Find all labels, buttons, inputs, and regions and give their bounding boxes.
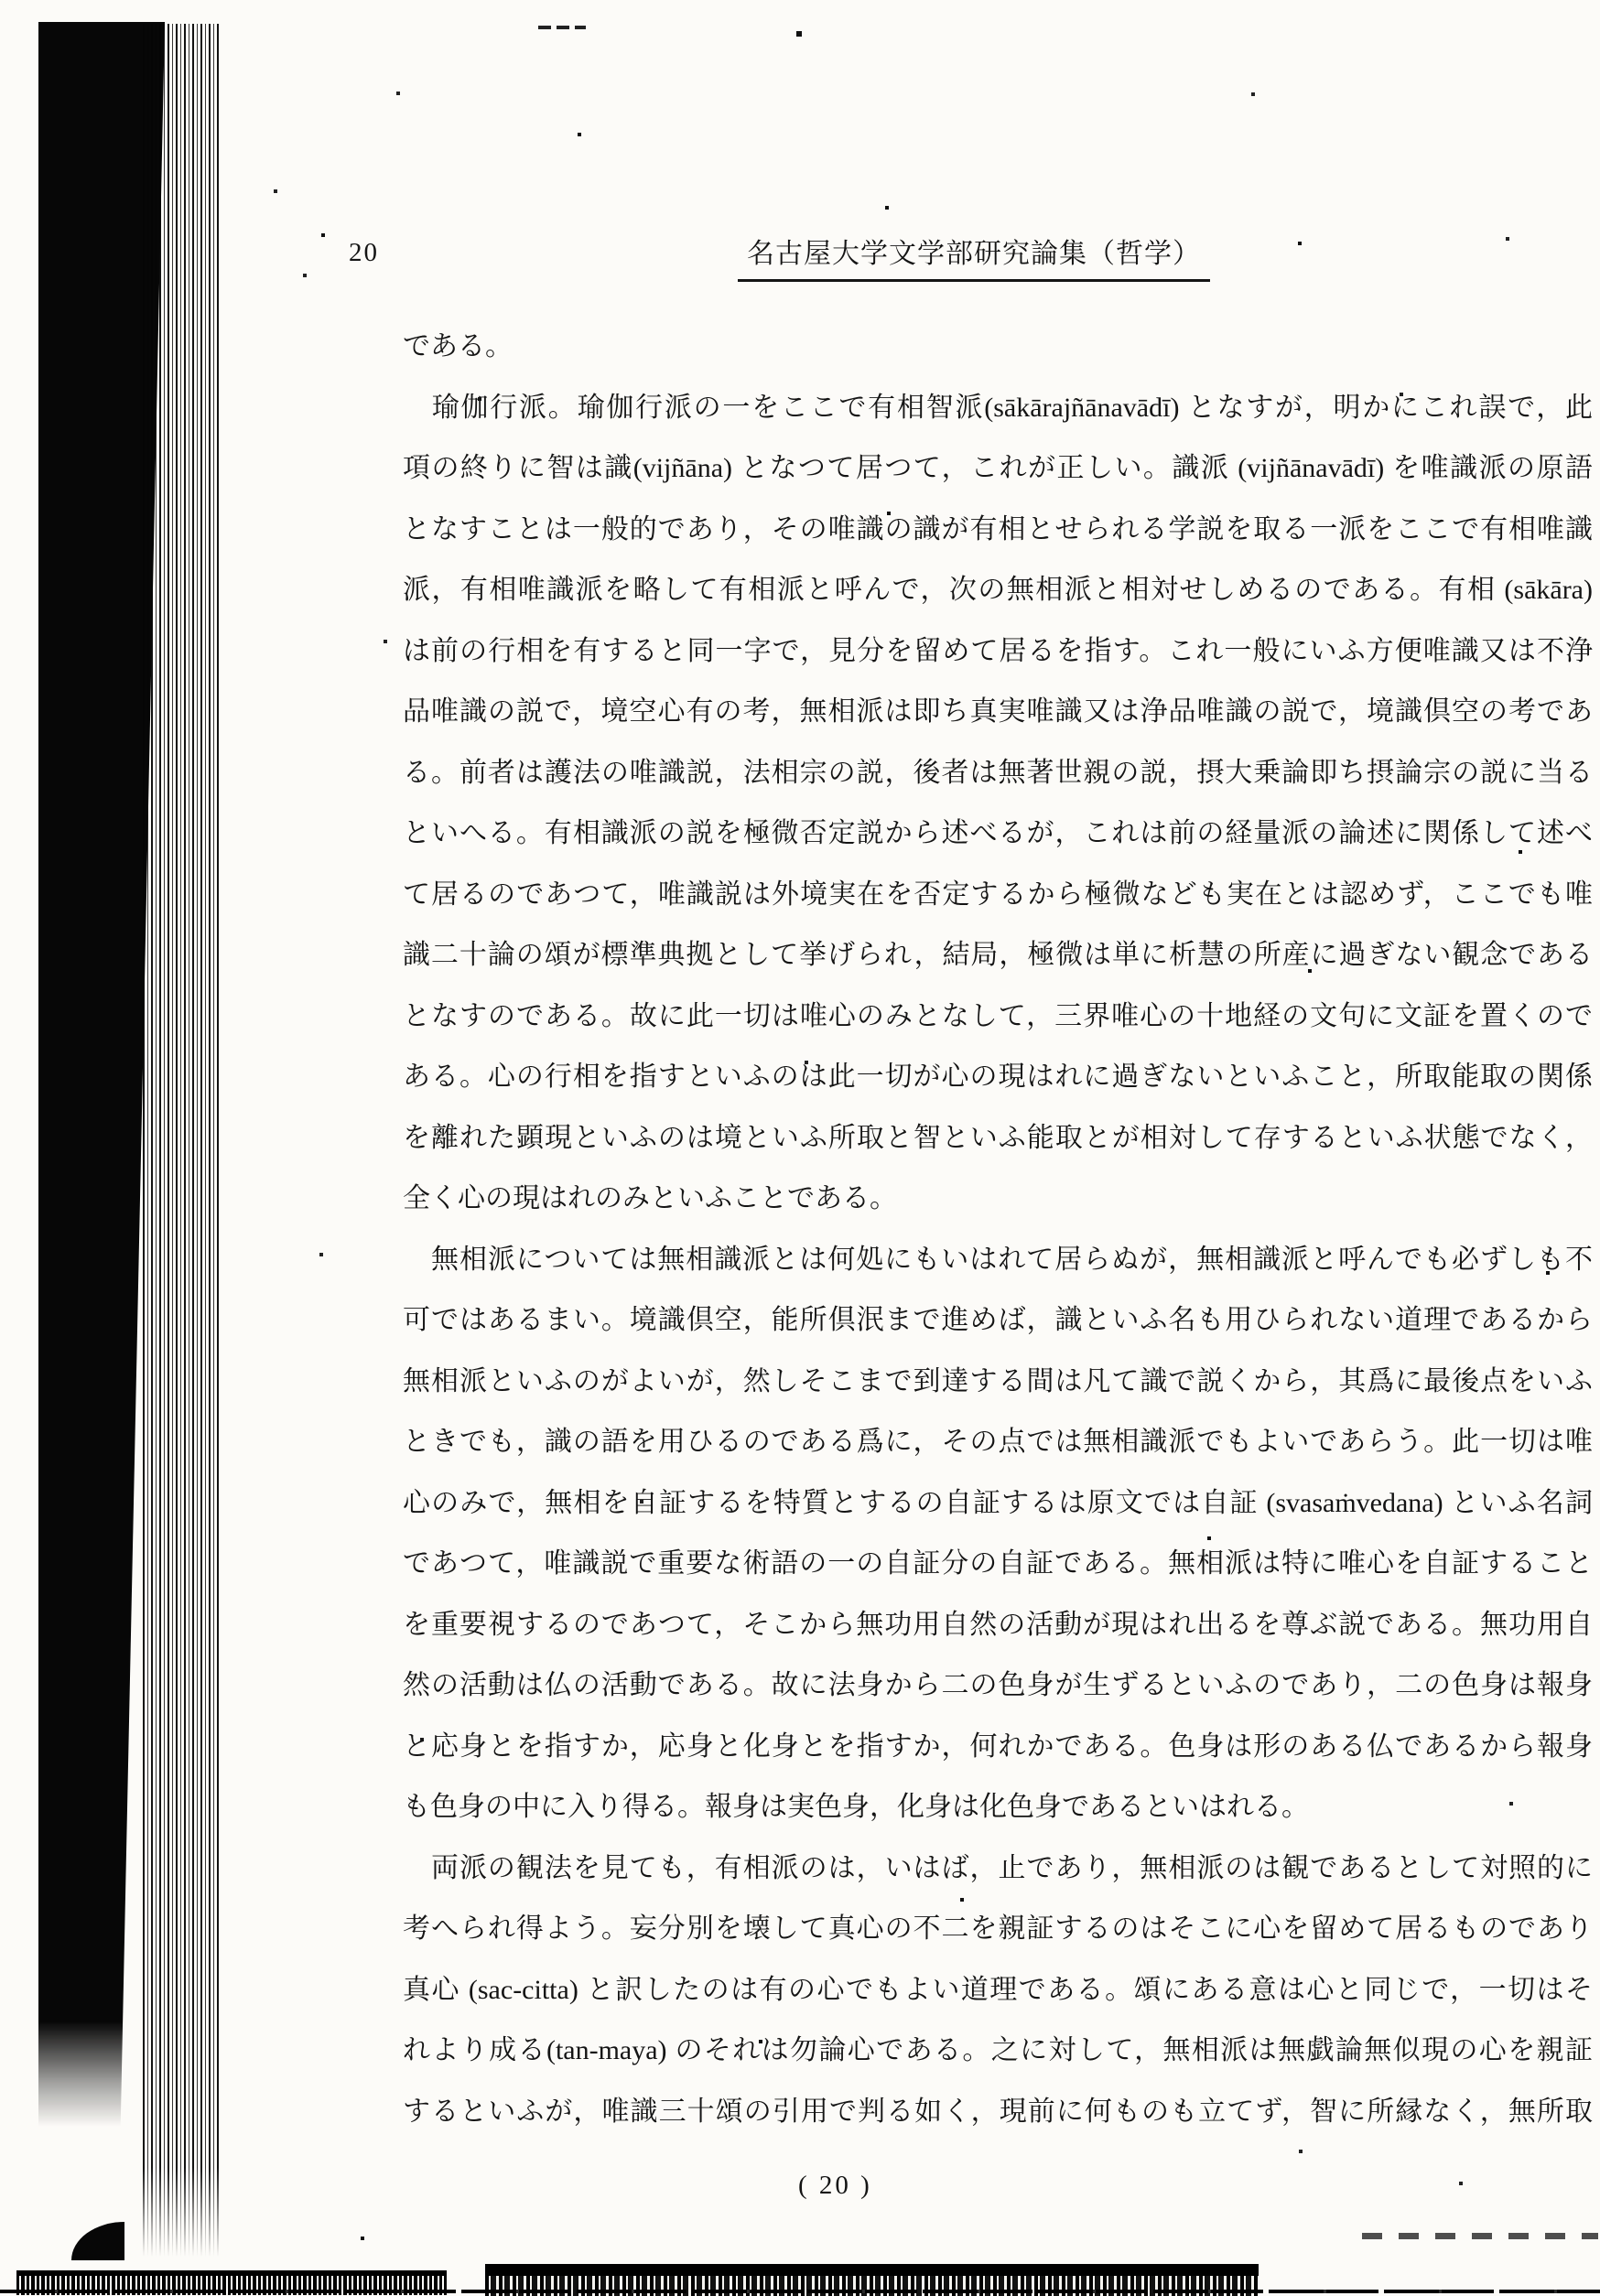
text-line: となすのである。故に此一切は唯心のみとなして，三界唯心の十地経の文句に文証を置く… xyxy=(403,986,1593,1048)
text-line: 真心 (sac-citta) と訳したのは有の心でもよい道理である。頌にある意は… xyxy=(403,1960,1593,2021)
text-line: を重要視するのであつて，そこから無功用自然の活動が現はれ出るを尊ぶ説である。無功… xyxy=(403,1595,1593,1656)
page-number: 20 xyxy=(349,238,379,268)
body-text-column: である。 瑜伽行派。瑜伽行派の一をここで有相智派(sākārajñānavādī… xyxy=(403,317,1593,2142)
text-line: 全く心の現はれのみといふことである。 xyxy=(403,1169,1593,1230)
text-line: 考へられ得よう。妄分別を壊して真心の不二を親証するのはそこに心を留めて居るもので… xyxy=(403,1899,1593,1960)
text-line: 識二十論の頌が標準典拠として挙げられ，結局，極微は単に析慧の所産に過ぎない観念で… xyxy=(403,925,1593,986)
scan-artifact-bottom-dashes xyxy=(1362,2233,1598,2239)
text-line: 項の終りに智は識(vijñāna) となつて居つて，これが正しい。識派 (vij… xyxy=(403,438,1593,500)
text-line: て居るのであつて，唯識説は外境実在を否定するから極微なども実在とは認めず，ここで… xyxy=(403,865,1593,926)
journal-header-title: 名古屋大学文学部研究論集（哲学） xyxy=(738,231,1210,282)
text-line: となすことは一般的であり，その唯識の識が有相とせられる学説を取る一派をここで有相… xyxy=(403,500,1593,561)
text-line: 無相派といふのがよいが，然しそこまで到達する間は凡て識で説くから，其爲に最後点を… xyxy=(403,1352,1593,1413)
text-line: と応身とを指すか，応身と化身とを指すか，何れかである。色身は形のある仏であるから… xyxy=(403,1717,1593,1778)
text-line: も色身の中に入り得る。報身は実色身，化身は化色身であるといはれる。 xyxy=(403,1777,1593,1838)
scan-artifact-bottom-line xyxy=(0,2290,1600,2293)
text-line: を離れた顕現といふのは境といふ所取と智といふ能取とが相対して存するといふ状態でな… xyxy=(403,1108,1593,1170)
text-line: は前の行相を有すると同一字で，見分を留めて居るを指す。これ一般にいふ方便唯識又は… xyxy=(403,621,1593,683)
text-line: 派，有相唯識派を略して有相派と呼んで，次の無相派と相対せしめるのである。有相 (… xyxy=(403,560,1593,621)
text-line: 無相派については無相識派とは何処にもいはれて居らぬが，無相識派と呼んでも必ずしも… xyxy=(403,1230,1593,1291)
text-line: 瑜伽行派。瑜伽行派の一をここで有相智派(sākārajñānavādī) となす… xyxy=(403,378,1593,439)
page-edge-striations xyxy=(143,24,220,2257)
text-line: ときでも，識の語を用ひるのである爲に，その点では無相識派でもよいであらう。此一切… xyxy=(403,1412,1593,1473)
scan-noise-speckles xyxy=(0,0,2,2)
scanned-page: 20 名古屋大学文学部研究論集（哲学） である。 瑜伽行派。瑜伽行派の一をここで… xyxy=(0,0,1600,2296)
scan-artifact-top-dashes xyxy=(538,26,586,29)
text-line: するといふが，唯識三十頌の引用で判る如く，現前に何ものも立てず，智に所縁なく，無… xyxy=(403,2082,1593,2143)
text-line: といへる。有相識派の説を極微否定説から述べるが，これは前の経量派の論述に関係して… xyxy=(403,803,1593,865)
text-line: 両派の観法を見ても，有相派のは，いはば，止であり，無相派のは観であるとして対照的… xyxy=(403,1838,1593,1900)
footer-page-number: ( 20 ) xyxy=(798,2171,872,2201)
text-line: 品唯識の説で，境空心有の考，無相派は即ち真実唯識又は浄品唯識の説で，境識倶空の考… xyxy=(403,682,1593,743)
text-line: である。 xyxy=(403,317,1593,378)
text-line: 心のみで，無相を自証するを特質とするの自証するは原文では自証 (svasaṁve… xyxy=(403,1473,1593,1535)
text-line: ある。心の行相を指すといふのは此一切が心の現はれに過ぎないといふこと，所取能取の… xyxy=(403,1047,1593,1108)
text-line: 然の活動は仏の活動である。故に法身から二の色身が生ずるといふのであり，二の色身は… xyxy=(403,1655,1593,1717)
text-line: であつて，唯識説で重要な術語の一の自証分の自証である。無相派は特に唯心を自証する… xyxy=(403,1534,1593,1595)
text-line: 可ではあるまい。境識倶空，能所倶泯まで進めば，識といふ名も用ひられない道理である… xyxy=(403,1290,1593,1352)
binding-corner-blob xyxy=(71,2222,124,2260)
text-line: る。前者は護法の唯識説，法相宗の説，後者は無著世親の説，摂大乗論即ち摂論宗の説に… xyxy=(403,743,1593,804)
text-line: れより成る(tan-maya) のそれは勿論心である。之に対して，無相派は無戯論… xyxy=(403,2021,1593,2082)
